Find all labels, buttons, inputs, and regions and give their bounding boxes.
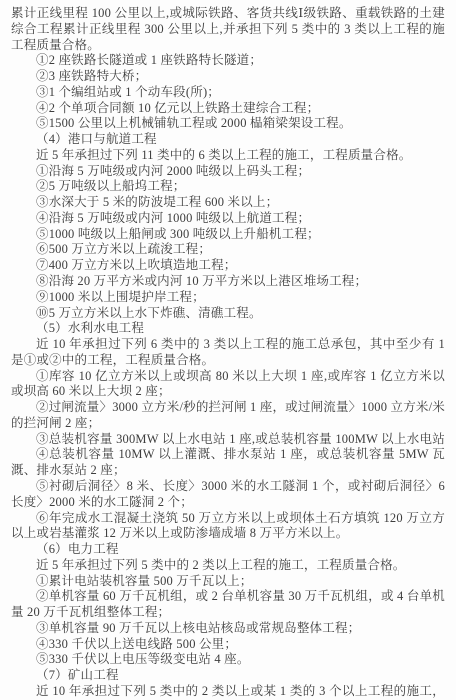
text-line: ⑤1500 公里以上机械铺轨工程或 2000 榀箱梁架设工程。	[11, 116, 445, 132]
text-line: （4）港口与航道工程	[11, 132, 445, 148]
text-line: （7）矿山工程	[11, 668, 445, 684]
text-line: 工程质量合格。	[11, 38, 445, 54]
text-line: ③水深大于 5 米的防波堤工程 600 米以上；	[11, 195, 445, 211]
text-line: ③单机容量 90 万千瓦以上核电站核岛或常规岛整体工程；	[11, 621, 445, 637]
text-line: 以上或岩基灌浆 12 万米以上或防渗墙成墙 8 万平方米以上。	[11, 526, 445, 542]
text-line: ⑨1000 米以上围堤护岸工程；	[11, 290, 445, 306]
text-line: 累计正线里程 100 公里以上,或城际铁路、客货共线Ⅰ级铁路、重载铁路的土建	[11, 6, 445, 22]
text-line: 近 10 年承担过下列 5 类中的 2 类以上或某 1 类的 3 个以上工程的施…	[11, 684, 445, 700]
text-line: （6）电力工程	[11, 542, 445, 558]
text-line: ③1 个编组站或 1 个动车段(所)；	[11, 85, 445, 101]
text-line: ③总装机容量 300MW 以上水电站 1 座,或总装机容量 100MW 以上水电…	[11, 432, 445, 448]
text-line: 的拦河闸 2 座；	[11, 416, 445, 432]
text-line: ④330 千伏以上送电线路 500 公里；	[11, 637, 445, 653]
text-line: ⑤1000 吨级以上船闸或 300 吨级以上升船机工程；	[11, 227, 445, 243]
text-line: 近 10 年承担过下列 6 类中的 3 类以上工程的施工总承包，其中至少有 1 …	[11, 337, 445, 353]
text-line: 近 5 年承担过下列 5 类中的 2 类以上工程的施工，工程质量合格。	[11, 558, 445, 574]
text-line: ①沿海 5 万吨级或内河 2000 吨级以上码头工程；	[11, 164, 445, 180]
text-line: ②3 座铁路特大桥；	[11, 69, 445, 85]
text-line: ⑥500 万立方米以上疏浚工程；	[11, 242, 445, 258]
text-line: 综合工程累计正线里程 300 公里以上,并承担下列 5 类中的 3 类以上工程的…	[11, 22, 445, 38]
text-line: ①累计电站装机容量 500 万千瓦以上；	[11, 574, 445, 590]
text-line: ②5 万吨级以上船坞工程；	[11, 179, 445, 195]
text-line: ⑥年完成水工混凝土浇筑 50 万立方米以上或坝体土石方填筑 120 万立方米	[11, 511, 445, 527]
text-line: ⑤衬砌后洞径〉8 米、长度〉3000 米的水工隧洞 1 个，或衬砌后洞径〉6 米…	[11, 479, 445, 495]
text-line: 长度〉2000 米的水工隧洞 2 个；	[11, 495, 445, 511]
text-line: 是①或②中的工程，工程质量合格。	[11, 353, 445, 369]
text-line: 溉、排水泵站 2 座；	[11, 463, 445, 479]
text-line: ⑩5 万立方米以上水下炸礁、清礁工程。	[11, 306, 445, 322]
text-line: ④沿海 5 万吨级或内河 1000 吨级以上航道工程；	[11, 211, 445, 227]
text-line: ②过闸流量〉3000 立方米/秒的拦河闸 1 座，或过闸流量〉1000 立方米/…	[11, 400, 445, 416]
document-page: 累计正线里程 100 公里以上,或城际铁路、客货共线Ⅰ级铁路、重载铁路的土建综合…	[0, 0, 456, 700]
text-line: ①2 座铁路长隧道或 1 座铁路特长隧道；	[11, 53, 445, 69]
text-line: 量 20 万千瓦机组整体工程；	[11, 605, 445, 621]
text-line: ②单机容量 60 万千瓦机组，或 2 台单机容量 30 万千瓦机组，或 4 台单…	[11, 589, 445, 605]
document-text-block: 累计正线里程 100 公里以上,或城际铁路、客货共线Ⅰ级铁路、重载铁路的土建综合…	[11, 6, 445, 700]
text-line: 近 5 年承担过下列 11 类中的 6 类以上工程的施工，工程质量合格。	[11, 148, 445, 164]
text-line: ④总装机容量 10MW 以上灌溉、排水泵站 1 座，或总装机容量 5MW 瓦以上…	[11, 447, 445, 463]
text-line: ⑤330 千伏以上电压等级变电站 4 座。	[11, 652, 445, 668]
text-line: ⑦400 万立方米以上吹填造地工程；	[11, 258, 445, 274]
text-line: （5）水利水电工程	[11, 321, 445, 337]
text-line: ④2 个单项合同额 10 亿元以上铁路土建综合工程；	[11, 101, 445, 117]
text-line: 或坝高 60 米以上大坝 2 座；	[11, 384, 445, 400]
text-line: ①库容 10 亿立方米以上或坝高 80 米以上大坝 1 座,或库容 1 亿立方米…	[11, 369, 445, 385]
text-line: ⑧沿海 20 万平方米或内河 10 万平方米以上港区堆场工程；	[11, 274, 445, 290]
